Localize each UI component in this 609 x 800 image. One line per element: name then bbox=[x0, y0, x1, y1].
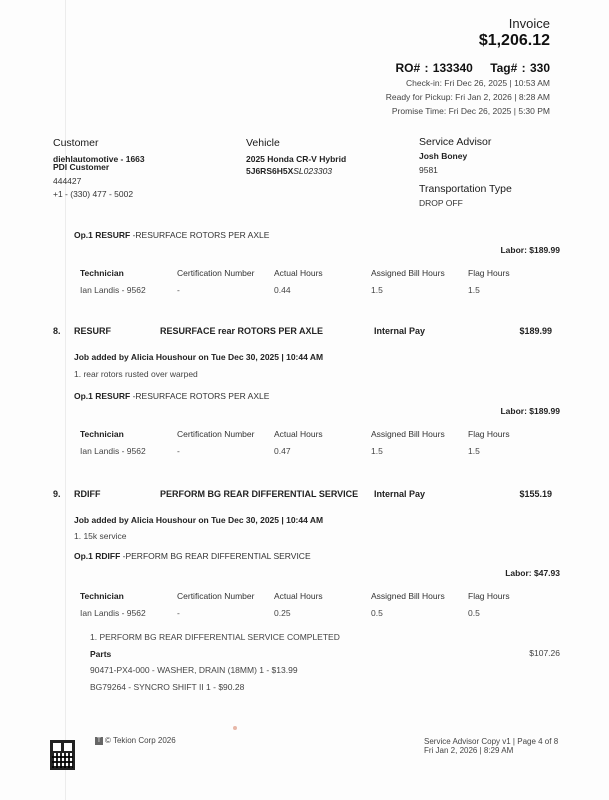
customer-id: 444427 bbox=[53, 176, 81, 186]
col-flag-hours: Flag Hours bbox=[468, 429, 510, 439]
customer-heading: Customer bbox=[53, 137, 99, 149]
operation-line: Op.1 RDIFF -PERFORM BG REAR DIFFERENTIAL… bbox=[74, 551, 311, 561]
cell-certification: - bbox=[177, 608, 180, 618]
job-number: 9. bbox=[53, 489, 61, 499]
invoice-title: Invoice bbox=[509, 16, 550, 31]
parts-label: Parts bbox=[90, 649, 111, 659]
col-actual-hours: Actual Hours bbox=[274, 429, 323, 439]
col-technician: Technician bbox=[80, 268, 124, 278]
col-certification: Certification Number bbox=[177, 268, 254, 278]
col-actual-hours: Actual Hours bbox=[274, 268, 323, 278]
labor-amount: Labor: $47.93 bbox=[505, 568, 560, 578]
labor-amount: Labor: $189.99 bbox=[500, 245, 560, 255]
transportation-heading: Transportation Type bbox=[419, 183, 512, 195]
cell-technician: Ian Landis - 9562 bbox=[80, 608, 146, 618]
job-number: 8. bbox=[53, 326, 61, 336]
vehicle-model: 2025 Honda CR-V Hybrid bbox=[246, 154, 346, 164]
cell-flag-hours: 0.5 bbox=[468, 608, 480, 618]
job-description: PERFORM BG REAR DIFFERENTIAL SERVICE bbox=[160, 489, 358, 499]
cell-certification: - bbox=[177, 446, 180, 456]
job-amount: $155.19 bbox=[519, 489, 552, 499]
cell-technician: Ian Landis - 9562 bbox=[80, 446, 146, 456]
promise-time: Promise Time: Fri Dec 26, 2025 | 5:30 PM bbox=[392, 106, 550, 116]
tekion-logo-icon: T bbox=[95, 737, 103, 745]
vehicle-vin: 5J6RS6H5XSL023303 bbox=[246, 166, 332, 176]
customer-type: PDI Customer bbox=[53, 162, 109, 172]
col-actual-hours: Actual Hours bbox=[274, 591, 323, 601]
copy-info: Service Advisor Copy v1 | Page 4 of 8 bbox=[424, 737, 558, 746]
part-line: 90471-PX4-000 - WASHER, DRAIN (18MM) 1 -… bbox=[90, 665, 298, 675]
vin-suffix: SL023303 bbox=[293, 166, 332, 176]
cell-assigned-bill-hours: 0.5 bbox=[371, 608, 383, 618]
ro-tag-line: RO# : 133340 Tag# : 330 bbox=[395, 61, 550, 75]
col-flag-hours: Flag Hours bbox=[468, 591, 510, 601]
customer-phone: +1 - (330) 477 - 5002 bbox=[53, 189, 133, 199]
cell-certification: - bbox=[177, 285, 180, 295]
ro-number: RO# : 133340 bbox=[395, 61, 472, 75]
part-line: BG79264 - SYNCRO SHIFT II 1 - $90.28 bbox=[90, 682, 244, 692]
col-certification: Certification Number bbox=[177, 429, 254, 439]
service-advisor-heading: Service Advisor bbox=[419, 136, 491, 148]
job-added-by: Job added by Alicia Houshour on Tue Dec … bbox=[74, 352, 323, 362]
vin-prefix: 5J6RS6H5X bbox=[246, 166, 293, 176]
col-assigned-bill-hours: Assigned Bill Hours bbox=[371, 591, 445, 601]
col-assigned-bill-hours: Assigned Bill Hours bbox=[371, 429, 445, 439]
operation-line: Op.1 RESURF -RESURFACE ROTORS PER AXLE bbox=[74, 391, 269, 401]
labor-amount: Labor: $189.99 bbox=[500, 406, 560, 416]
invoice-total: $1,206.12 bbox=[479, 32, 550, 50]
cell-technician: Ian Landis - 9562 bbox=[80, 285, 146, 295]
cell-actual-hours: 0.44 bbox=[274, 285, 291, 295]
job-note: 1. rear rotors rusted over warped bbox=[74, 369, 198, 379]
operation-line: Op.1 RESURF -RESURFACE ROTORS PER AXLE bbox=[74, 230, 269, 240]
scan-smudge bbox=[233, 726, 237, 730]
parts-total: $107.26 bbox=[529, 648, 560, 658]
qr-code-icon bbox=[50, 740, 75, 770]
job-description: RESURFACE rear ROTORS PER AXLE bbox=[160, 326, 323, 336]
job-pay-type: Internal Pay bbox=[374, 489, 425, 499]
vehicle-heading: Vehicle bbox=[246, 137, 280, 149]
service-advisor-name: Josh Boney bbox=[419, 151, 467, 161]
transportation-value: DROP OFF bbox=[419, 198, 463, 208]
col-flag-hours: Flag Hours bbox=[468, 268, 510, 278]
col-technician: Technician bbox=[80, 429, 124, 439]
cell-actual-hours: 0.25 bbox=[274, 608, 291, 618]
job-amount: $189.99 bbox=[519, 326, 552, 336]
ready-for-pickup-time: Ready for Pickup: Fri Jan 2, 2026 | 8:28… bbox=[386, 92, 550, 102]
job-code: RDIFF bbox=[74, 489, 101, 499]
printed-timestamp: Fri Jan 2, 2026 | 8:29 AM bbox=[424, 746, 513, 755]
page-edge-line bbox=[65, 0, 66, 800]
col-certification: Certification Number bbox=[177, 591, 254, 601]
job-pay-type: Internal Pay bbox=[374, 326, 425, 336]
cell-flag-hours: 1.5 bbox=[468, 446, 480, 456]
col-technician: Technician bbox=[80, 591, 124, 601]
check-in-time: Check-in: Fri Dec 26, 2025 | 10:53 AM bbox=[406, 78, 550, 88]
copyright-line: T© Tekion Corp 2026 bbox=[95, 736, 176, 745]
col-assigned-bill-hours: Assigned Bill Hours bbox=[371, 268, 445, 278]
service-advisor-id: 9581 bbox=[419, 165, 438, 175]
cell-assigned-bill-hours: 1.5 bbox=[371, 285, 383, 295]
completion-note: 1. PERFORM BG REAR DIFFERENTIAL SERVICE … bbox=[90, 632, 340, 642]
cell-actual-hours: 0.47 bbox=[274, 446, 291, 456]
job-note: 1. 15k service bbox=[74, 531, 126, 541]
tag-number: Tag# : 330 bbox=[490, 61, 550, 75]
cell-flag-hours: 1.5 bbox=[468, 285, 480, 295]
job-added-by: Job added by Alicia Houshour on Tue Dec … bbox=[74, 515, 323, 525]
cell-assigned-bill-hours: 1.5 bbox=[371, 446, 383, 456]
job-code: RESURF bbox=[74, 326, 111, 336]
